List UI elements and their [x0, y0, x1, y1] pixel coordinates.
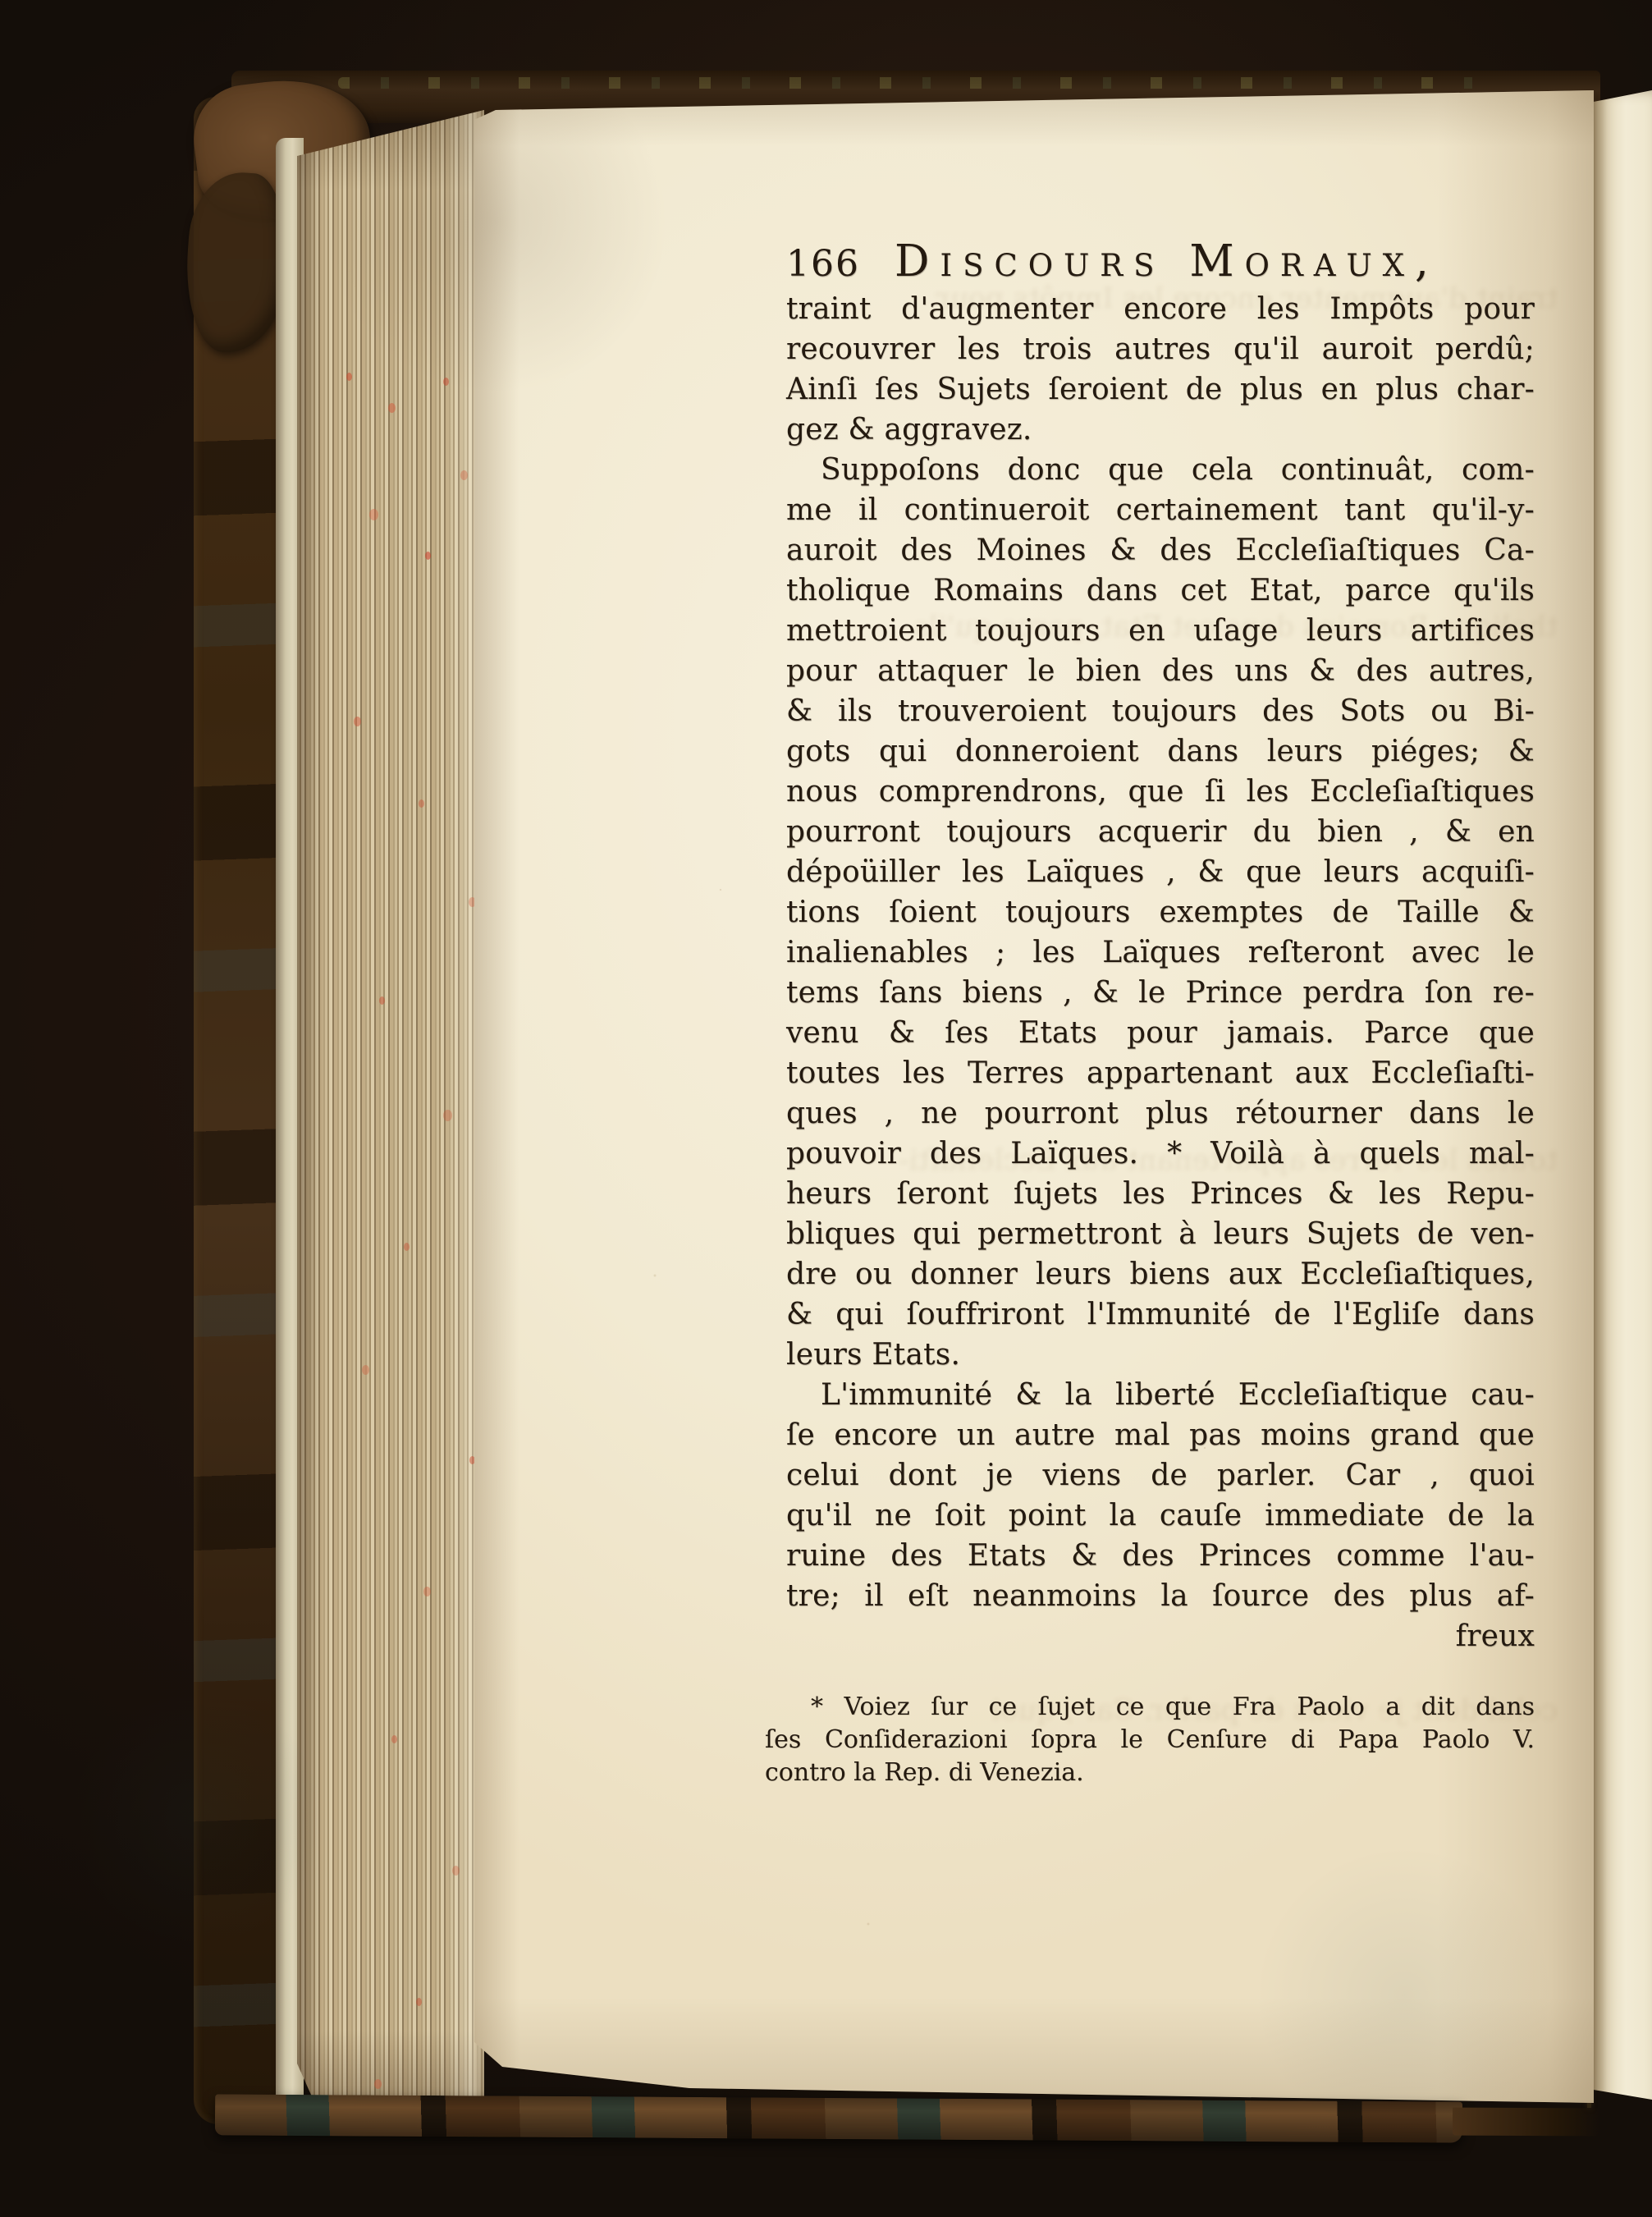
text-line: * Voiez ſur ce ſujet ce que Fra Paolo a …	[765, 1691, 1535, 1724]
text-line: qu'il ne ſoit point la cauſe immediate d…	[786, 1496, 1535, 1536]
photo-background: traint d'augmenter encore les Impôts pou…	[0, 0, 1652, 2217]
text-line: heurs ſeront ſujets les Princes & les Re…	[786, 1174, 1535, 1214]
catchword-line: freux	[786, 1616, 1535, 1656]
gutter-crease	[1587, 95, 1591, 2108]
book-spine-left-edge	[194, 97, 286, 2124]
text-line: recouvrer les trois autres qu'il auroit …	[786, 329, 1535, 369]
text-line: ſe encore un autre mal pas moins grand q…	[786, 1415, 1535, 1455]
text-line: gez & aggravez.	[786, 410, 1535, 450]
text-line: ſes Conſiderazioni ſopra le Cenſure di P…	[765, 1724, 1535, 1757]
page-header: 166 Discours Moraux,	[786, 236, 1535, 289]
red-speckles	[346, 373, 352, 381]
paper-grain	[474, 85, 1594, 2119]
book-cover-bottom-edge	[215, 2094, 1462, 2142]
text-line: pour attaquer le bien des uns & des autr…	[786, 651, 1535, 691]
torn-leather-corner-lower	[181, 169, 291, 356]
text-line: tems ſans biens , & le Prince perdra ſon…	[786, 973, 1535, 1013]
text-line: celui dont je viens de parler. Car , quo…	[786, 1455, 1535, 1496]
text-line: Ainſi ſes Sujets ſeroient de plus en plu…	[786, 369, 1535, 410]
text-line: tre; il eſt neanmoins la ſource des plus…	[786, 1576, 1535, 1616]
text-line: bliques qui permettront à leurs Sujets d…	[786, 1214, 1535, 1254]
text-line: traint d'augmenter encore les Impôts pou…	[786, 289, 1535, 329]
book-cover-top-edge	[231, 71, 1600, 123]
text-line: Suppoſons donc que cela continuât, com-	[786, 450, 1535, 490]
bleedthrough-text: toutes les Terres appartenant aux Eccleſ…	[753, 1144, 1558, 1177]
text-line: auroit des Moines & des Eccleſiaſtiques …	[786, 530, 1535, 570]
text-line: dre ou donner leurs biens aux Eccleſiaſt…	[786, 1254, 1535, 1294]
text-block: 166 Discours Moraux, traint d'augmenter …	[786, 236, 1535, 1789]
text-line: gots qui donneroient dans leurs piéges; …	[786, 731, 1535, 772]
text-line: mettroient toujours en uſage leurs artif…	[786, 611, 1535, 651]
text-line: nous comprendrons, que ſi les Eccleſiaſt…	[786, 772, 1535, 812]
bleedthrough-text: traint d'augmenter encore les Impôts pou…	[753, 282, 1558, 315]
text-line: venu & ſes Etats pour jamais. Parce que	[786, 1013, 1535, 1053]
text-line: & ils trouveroient toujours des Sots ou …	[786, 691, 1535, 731]
facing-page-sliver	[1594, 90, 1652, 2111]
bleedthrough-text: celui dont je viens de parler. Car , quo…	[753, 1694, 1558, 1727]
text-line: dépoüiller les Laïques , & que leurs acq…	[786, 852, 1535, 892]
text-line: pouvoir des Laïques. * Voilà à quels mal…	[786, 1134, 1535, 1174]
text-line: contro la Rep. di Venezia.	[765, 1757, 1535, 1789]
running-title: Discours Moraux,	[895, 236, 1439, 286]
text-line: L'immunité & la liberté Eccleſiaſtique c…	[786, 1375, 1535, 1415]
text-line: inalienables ; les Laïques reſteront ave…	[786, 932, 1535, 973]
page-stack-fore-edge	[297, 110, 484, 2111]
text-line: tholique Romains dans cet Etat, parce qu…	[786, 570, 1535, 611]
book-page: traint d'augmenter encore les Impôts pou…	[474, 85, 1594, 2119]
book-cover-bottom-right-edge	[1453, 2108, 1600, 2137]
text-line: toutes les Terres appartenant aux Eccleſ…	[786, 1053, 1535, 1093]
gilt-fleck-strip	[338, 77, 1487, 89]
text-line: tions ſoient toujours exemptes de Taille…	[786, 892, 1535, 932]
torn-leather-corner	[188, 71, 379, 229]
footnote: * Voiez ſur ce ſujet ce que Fra Paolo a …	[765, 1691, 1535, 1789]
text-line: leurs Etats.	[786, 1335, 1535, 1375]
text-line: ques , ne pourront plus rétourner dans l…	[786, 1093, 1535, 1134]
page-number: 166	[786, 243, 860, 285]
first-page-edge-band	[276, 138, 304, 2111]
text-line: me il continueroit certainement tant qu'…	[786, 490, 1535, 530]
bleedthrough-text: tholique Romains dans cet Etat, parce qu…	[753, 611, 1558, 644]
text-line: pourront toujours acquerir du bien , & e…	[786, 812, 1535, 852]
text-line: ruine des Etats & des Princes comme l'au…	[786, 1536, 1535, 1576]
body-text: traint d'augmenter encore les Impôts pou…	[786, 289, 1535, 1656]
text-line: & qui ſouffriront l'Immunité de l'Egliſe…	[786, 1294, 1535, 1335]
